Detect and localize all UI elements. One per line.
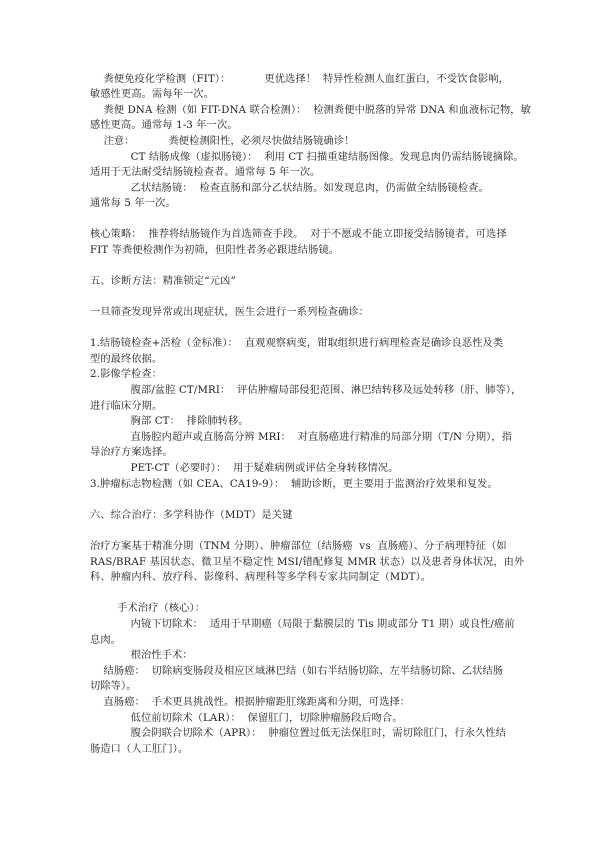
text-line-ct-colonography-2: 适用于无法耐受结肠镜检查者。通常每 5 年一次。 — [90, 166, 510, 179]
text-line-dna-2: 感性更高。通常每 1-3 年一次。 — [90, 119, 510, 132]
text-line-mdt-2: RAS/BRAF 基因状态、微卫星不稳定性 MSI/错配修复 MMR 状态）以及… — [90, 556, 510, 569]
text-line-rectal-mri-2: 导治疗方案选择。 — [90, 446, 510, 459]
section-heading-treatment: 六、综合治疗：多学科协作（MDT）是关键 — [90, 509, 510, 522]
text-line-colon-cancer-1: 结肠癌： 切除病变肠段及相应区域淋巴结（如右半结肠切除、左半结肠切除、乙状结肠 — [90, 665, 510, 678]
text-line-abdominal-ct-1: 腹部/盆腔 CT/MRI： 评估肿瘤局部侵犯范围、淋巴结转移及远处转移（肝、肺等… — [90, 384, 510, 397]
text-line-dna-1: 粪便 DNA 检测（如 FIT-DNA 联合检测）： 检测粪便中脱落的异常 DN… — [90, 104, 510, 117]
text-line-rectal-cancer: 直肠癌： 手术更具挑战性。根据肿瘤距肛缘距离和分期，可选择： — [90, 696, 510, 709]
text-line-mdt-3: 科、肿瘤内科、放疗科、影像科、病理科等多学科专家共同制定（MDT）。 — [90, 571, 510, 584]
section-heading-diagnosis: 五、诊断方法：精准锁定“元凶” — [90, 275, 510, 288]
text-line-colon-cancer-2: 切除等）。 — [90, 680, 510, 693]
text-line-lar: 低位前切除术（LAR）： 保留肛门，切除肿瘤肠段后吻合。 — [90, 712, 510, 725]
text-line-tumor-markers: 3.肿瘤标志物检测（如 CEA、CA19-9）： 辅助诊断，更主要用于监测治疗效… — [90, 478, 510, 491]
text-line-mdt-1: 治疗方案基于精准分期（TNM 分期）、肿瘤部位（结肠癌 vs 直肠癌）、分子病理… — [90, 540, 510, 553]
text-line-imaging-heading: 2.影像学检查： — [90, 368, 510, 381]
text-line-sigmoidoscopy-2: 通常每 5 年一次。 — [90, 197, 510, 210]
text-line-ct-colonography-1: CT 结肠成像（虚拟肠镜）： 利用 CT 扫描重建结肠图像。发现息肉仍需结肠镜摘… — [90, 151, 510, 164]
text-line-strategy-2: FIT 等粪便检测作为初筛，但阳性者务必跟进结肠镜。 — [90, 244, 510, 257]
text-line-surgery-heading: 手术治疗（核心）： — [90, 602, 510, 615]
text-line-note: 注意： 粪便检测阳性，必须尽快做结肠镜确诊！ — [90, 135, 510, 148]
text-line-chest-ct: 胸部 CT： 排除肺转移。 — [90, 415, 510, 428]
text-line-sigmoidoscopy-1: 乙状结肠镜： 检查直肠和部分乙状结肠。如发现息肉，仍需做全结肠镜检查。 — [90, 182, 510, 195]
text-line-diagnosis-intro: 一旦筛查发现异常或出现症状，医生会进行一系列检查确诊： — [90, 306, 510, 319]
text-line-radical-surgery: 根治性手术： — [90, 649, 510, 662]
text-line-fit-1: 粪便免疫化学检测（FIT）： 更优选择！ 特异性检测人血红蛋白，不受饮食影响， — [90, 73, 510, 86]
text-line-abdominal-ct-2: 进行临床分期。 — [90, 400, 510, 413]
text-line-endoscopic-1: 内镜下切除术： 适用于早期癌（局限于黏膜层的 Tis 期或部分 T1 期）或良性… — [90, 618, 510, 631]
text-line-rectal-mri-1: 直肠腔内超声或直肠高分辨 MRI： 对直肠癌进行精准的局部分期（T/N 分期），… — [90, 431, 510, 444]
text-line-fit-2: 敏感性更高。需每年一次。 — [90, 88, 510, 101]
text-line-pet-ct: PET-CT（必要时）： 用于疑难病例或评估全身转移情况。 — [90, 462, 510, 475]
text-line-colonoscopy-1: 1.结肠镜检查+活检（金标准）： 直观观察病变，钳取组织进行病理检查是确诊良恶性… — [90, 337, 510, 350]
text-line-apr-1: 腹会阴联合切除术（APR）： 肿瘤位置过低无法保肛时，需切除肛门，行永久性结 — [90, 727, 510, 740]
text-line-endoscopic-2: 息肉。 — [90, 634, 510, 647]
text-line-apr-2: 肠造口（人工肛门）。 — [90, 743, 510, 756]
text-line-colonoscopy-2: 型的最终依据。 — [90, 353, 510, 366]
text-line-strategy-1: 核心策略： 推荐将结肠镜作为首选筛查手段。 对于不愿或不能立即接受结肠镜者，可选… — [90, 228, 510, 241]
document-page: 粪便免疫化学检测（FIT）： 更优选择！ 特异性检测人血红蛋白，不受饮食影响， … — [0, 0, 595, 841]
